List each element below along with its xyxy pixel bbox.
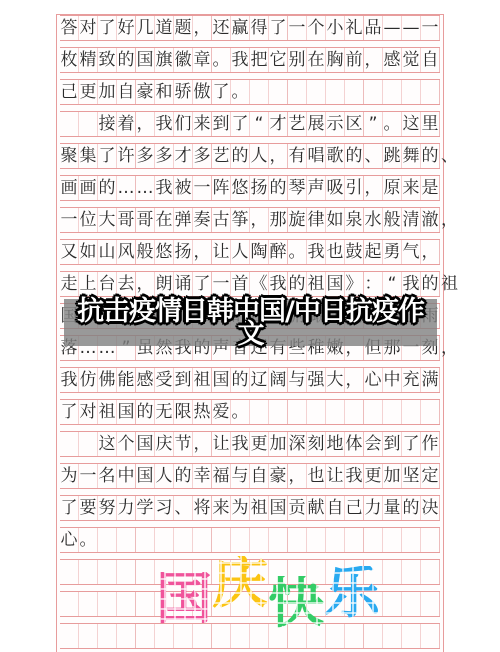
grid-cell: ，: [136, 272, 155, 296]
greeting-char: 快: [268, 576, 324, 632]
grid-cell: [288, 80, 307, 104]
grid-cell: 唱: [307, 144, 326, 168]
grid-cell: [383, 400, 402, 424]
grid-cell: 国: [117, 400, 136, 424]
grid-cell: 徽: [174, 48, 193, 72]
grid-cell: [117, 624, 136, 648]
pixel-art-greeting: 国庆快乐: [156, 556, 380, 612]
grid-cell: ，: [288, 464, 307, 488]
grid-cell: 它: [269, 48, 288, 72]
grid-cell: [212, 528, 231, 552]
grid-cell: [231, 624, 250, 648]
grid-cell: 区: [345, 112, 364, 136]
grid-cell: 我: [307, 240, 326, 264]
grid-cell: 许: [117, 144, 136, 168]
grid-cell: 祖: [440, 272, 459, 296]
grid-cell: [269, 400, 288, 424]
grid-cell: 的: [402, 496, 421, 520]
grid-cell: 和: [155, 80, 174, 104]
grid-row: 一位大哥哥在弹奏古筝，那旋律如泉水般清澈，: [60, 207, 440, 233]
grid-cell: 国: [269, 496, 288, 520]
grid-cell: 、: [174, 496, 193, 520]
grid-cell: [345, 528, 364, 552]
grid-cell: 风: [117, 240, 136, 264]
grid-cell: 阔: [269, 368, 288, 392]
grid-cell: 声: [307, 176, 326, 200]
grid-cell: 、: [364, 144, 383, 168]
grid-row: 我仿佛能感受到祖国的辽阔与强大，心中充满: [60, 367, 440, 393]
grid-cell: 这: [98, 432, 117, 456]
grid-cell: 我: [231, 432, 250, 456]
grid-cell: [383, 592, 402, 616]
grid-cell: 有: [288, 144, 307, 168]
grid-cell: 我: [231, 48, 250, 72]
grid-cell: 画: [79, 176, 98, 200]
grid-cell: 名: [98, 464, 117, 488]
grid-cell: [364, 400, 383, 424]
grid-cell: 扬: [250, 176, 269, 200]
grid-cell: 首: [231, 272, 250, 296]
grid-cell: 能: [117, 368, 136, 392]
grid-cell: ，: [193, 432, 212, 456]
grid-cell: 也: [307, 464, 326, 488]
grid-cell: 庆: [155, 432, 174, 456]
grid-cell: 一: [288, 16, 307, 40]
watermark-title-line2: 文: [238, 323, 264, 346]
grid-cell: 加: [98, 80, 117, 104]
grid-cell: 国: [136, 48, 155, 72]
grid-cell: [117, 528, 136, 552]
grid-cell: [98, 560, 117, 584]
grid-cell: ：: [364, 272, 383, 296]
grid-cell: 枚: [60, 48, 79, 72]
grid-cell: 多: [155, 144, 174, 168]
grid-cell: [421, 400, 440, 424]
grid-cell: [364, 528, 383, 552]
grid-cell: 》: [345, 272, 364, 296]
grid-row: 聚集了许多多才多艺的人，有唱歌的、跳舞的、: [60, 143, 440, 169]
grid-cell: [288, 400, 307, 424]
grid-cell: 原: [383, 176, 402, 200]
grid-cell: [98, 624, 117, 648]
grid-cell: 节: [174, 432, 193, 456]
grid-cell: 献: [307, 496, 326, 520]
grid-cell: [421, 80, 440, 104]
grid-cell: 自: [421, 48, 440, 72]
grid-cell: 了: [60, 400, 79, 424]
grid-cell: [60, 560, 79, 584]
grid-cell: 台: [98, 272, 117, 296]
grid-cell: 将: [193, 496, 212, 520]
grid-cell: 对: [79, 400, 98, 424]
grid-cell: 歌: [326, 144, 345, 168]
grid-cell: 清: [402, 208, 421, 232]
grid-cell: [79, 592, 98, 616]
grid-cell: [136, 560, 155, 584]
grid-cell: 更: [250, 432, 269, 456]
grid-cell: 的: [288, 272, 307, 296]
grid-cell: 体: [345, 432, 364, 456]
grid-cell: 自: [117, 80, 136, 104]
grid-cell: 礼: [345, 16, 364, 40]
grid-cell: 祖: [250, 496, 269, 520]
grid-cell: 大: [98, 208, 117, 232]
grid-cell: 心: [364, 368, 383, 392]
grid-cell: 。: [288, 240, 307, 264]
grid-cell: 来: [193, 112, 212, 136]
grid-cell: [326, 528, 345, 552]
grid-cell: [60, 624, 79, 648]
grid-cell: 个: [117, 432, 136, 456]
grid-cell: 阵: [212, 176, 231, 200]
grid-cell: 小: [326, 16, 345, 40]
grid-cell: 作: [421, 432, 440, 456]
grid-cell: ，: [193, 240, 212, 264]
grid-cell: 引: [345, 176, 364, 200]
grid-cell: 了: [269, 16, 288, 40]
grid-cell: [250, 400, 269, 424]
grid-cell: ，: [364, 48, 383, 72]
grid-cell: 们: [174, 112, 193, 136]
grid-cell: 那: [269, 208, 288, 232]
grid-row: 画画的……我被一阵悠扬的琴声吸引，原来是: [60, 175, 440, 201]
grid-cell: 醉: [269, 240, 288, 264]
grid-cell: 福: [212, 464, 231, 488]
grid-cell: 我: [155, 112, 174, 136]
grid-cell: 澈: [421, 208, 440, 232]
grid-cell: [402, 624, 421, 648]
grid-cell: [421, 624, 440, 648]
grid-cell: 充: [402, 368, 421, 392]
grid-cell: 辽: [250, 368, 269, 392]
grid-cell: 让: [212, 240, 231, 264]
grid-cell: 自: [250, 464, 269, 488]
grid-cell: [136, 592, 155, 616]
grid-cell: 人: [231, 240, 250, 264]
grid-cell: 了: [231, 112, 250, 136]
grid-cell: 刻: [307, 432, 326, 456]
grid-cell: [402, 528, 421, 552]
grid-cell: ，: [440, 208, 459, 232]
grid-cell: 国: [212, 368, 231, 392]
grid-cell: [345, 624, 364, 648]
grid-cell: “: [383, 272, 402, 296]
grid-cell: 被: [174, 176, 193, 200]
grid-cell: 国: [326, 272, 345, 296]
grid-cell: 力: [117, 496, 136, 520]
grid-row: 己更加自豪和骄傲了。: [60, 79, 440, 105]
grid-cell: ，: [440, 336, 459, 360]
grid-row: 走上台去，朗诵了一首《我的祖国》：“我的祖: [60, 271, 440, 297]
essay-photo-page: 答对了好几道题，还赢得了一个小礼品——一枚精致的国旗徽章。我把它别在胸前，感觉自…: [0, 0, 500, 652]
grid-cell: [364, 80, 383, 104]
grid-cell: [117, 592, 136, 616]
grid-cell: 鼓: [345, 240, 364, 264]
grid-cell: 中: [383, 368, 402, 392]
grid-cell: 个: [307, 16, 326, 40]
grid-cell: [136, 528, 155, 552]
grid-cell: [231, 528, 250, 552]
grid-cell: 跳: [383, 144, 402, 168]
grid-cell: 己: [345, 496, 364, 520]
grid-cell: 热: [193, 400, 212, 424]
grid-cell: [383, 560, 402, 584]
grid-cell: [117, 560, 136, 584]
grid-row: 了要努力学习、将来为祖国贡献自己力量的决: [60, 495, 440, 521]
grid-cell: 多: [193, 144, 212, 168]
grid-cell: 、: [440, 144, 459, 168]
grid-cell: [421, 560, 440, 584]
grid-cell: 让: [212, 432, 231, 456]
grid-cell: 诵: [174, 272, 193, 296]
grid-cell: 接: [98, 112, 117, 136]
grid-cell: 了: [402, 432, 421, 456]
grid-cell: 人: [250, 144, 269, 168]
grid-cell: 觉: [402, 48, 421, 72]
grid-cell: 的: [269, 176, 288, 200]
grid-cell: 走: [60, 272, 79, 296]
grid-cell: 己: [60, 80, 79, 104]
grid-cell: 吸: [326, 176, 345, 200]
grid-cell: 一: [212, 272, 231, 296]
grid-cell: [326, 400, 345, 424]
grid-cell: 多: [136, 144, 155, 168]
grid-cell: 琴: [288, 176, 307, 200]
grid-cell: 这: [402, 112, 421, 136]
grid-cell: [79, 432, 98, 456]
grid-cell: 了: [212, 80, 231, 104]
grid-cell: 的: [117, 48, 136, 72]
grid-cell: 着: [117, 112, 136, 136]
grid-cell: 深: [288, 432, 307, 456]
grid-cell: 集: [79, 144, 98, 168]
grid-cell: 在: [307, 48, 326, 72]
grid-cell: 悠: [231, 176, 250, 200]
grid-cell: 对: [79, 16, 98, 40]
grid-cell: 的: [421, 272, 440, 296]
grid-cell: [364, 624, 383, 648]
grid-cell: 一: [60, 208, 79, 232]
grid-cell: ”: [364, 112, 383, 136]
grid-row: 心。: [60, 527, 440, 553]
grid-cell: 我: [60, 368, 79, 392]
grid-cell: ，: [269, 144, 288, 168]
grid-cell: 道: [155, 16, 174, 40]
grid-cell: [193, 528, 212, 552]
grid-cell: 前: [345, 48, 364, 72]
grid-cell: 好: [117, 16, 136, 40]
grid-cell: [250, 624, 269, 648]
grid-cell: 强: [307, 368, 326, 392]
grid-cell: 一: [79, 464, 98, 488]
grid-cell: 了: [98, 16, 117, 40]
grid-cell: ，: [136, 112, 155, 136]
grid-cell: 旋: [288, 208, 307, 232]
grid-cell: 。: [231, 400, 250, 424]
grid-cell: 哥: [117, 208, 136, 232]
grid-cell: —: [402, 16, 421, 40]
grid-cell: [421, 592, 440, 616]
grid-cell: 的: [231, 144, 250, 168]
grid-cell: 决: [421, 496, 440, 520]
grid-cell: 才: [269, 112, 288, 136]
grid-cell: 艺: [212, 144, 231, 168]
grid-cell: 。: [212, 48, 231, 72]
grid-cell: 为: [60, 464, 79, 488]
grid-cell: …: [136, 176, 155, 200]
grid-cell: 了: [98, 144, 117, 168]
grid-cell: 陶: [250, 240, 269, 264]
grid-cell: 力: [364, 496, 383, 520]
grid-cell: [383, 624, 402, 648]
grid-cell: 上: [79, 272, 98, 296]
grid-cell: 又: [60, 240, 79, 264]
grid-cell: 如: [79, 240, 98, 264]
grid-cell: [174, 528, 193, 552]
grid-cell: 展: [307, 112, 326, 136]
grid-cell: 去: [117, 272, 136, 296]
grid-cell: 里: [421, 112, 440, 136]
grid-cell: 到: [212, 112, 231, 136]
grid-cell: 律: [307, 208, 326, 232]
grid-cell: 自: [326, 496, 345, 520]
grid-cell: [136, 624, 155, 648]
grid-cell: 悠: [155, 240, 174, 264]
grid-cell: 的: [98, 176, 117, 200]
grid-cell: [307, 80, 326, 104]
grid-cell: 几: [136, 16, 155, 40]
grid-cell: 骄: [174, 80, 193, 104]
grid-cell: 为: [231, 496, 250, 520]
grid-cell: 勇: [383, 240, 402, 264]
grid-cell: 加: [269, 432, 288, 456]
grid-cell: 傲: [193, 80, 212, 104]
grid-cell: ，: [345, 368, 364, 392]
grid-cell: [383, 80, 402, 104]
grid-cell: 会: [364, 432, 383, 456]
grid-cell: 得: [250, 16, 269, 40]
grid-cell: 量: [383, 496, 402, 520]
grid-cell: 还: [212, 16, 231, 40]
grid-cell: 来: [402, 176, 421, 200]
greeting-char: 乐: [324, 566, 380, 622]
grid-cell: 画: [60, 176, 79, 200]
grid-cell: 一: [421, 16, 440, 40]
grid-cell: 位: [79, 208, 98, 232]
grid-cell: 国: [136, 432, 155, 456]
grid-cell: [345, 80, 364, 104]
grid-cell: 。: [383, 112, 402, 136]
grid-cell: 聚: [60, 144, 79, 168]
grid-cell: 才: [174, 144, 193, 168]
grid-cell: [212, 624, 231, 648]
grid-cell: [155, 528, 174, 552]
grid-cell: 精: [79, 48, 98, 72]
grid-cell: 示: [326, 112, 345, 136]
grid-cell: 豪: [136, 80, 155, 104]
grid-cell: 。: [231, 80, 250, 104]
grid-cell: [402, 560, 421, 584]
grid-cell: 是: [421, 176, 440, 200]
grid-cell: 来: [212, 496, 231, 520]
grid-cell: 加: [383, 464, 402, 488]
grid-cell: [269, 80, 288, 104]
grid-cell: 的: [421, 144, 440, 168]
grid-cell: 泉: [345, 208, 364, 232]
grid-cell: 我: [269, 272, 288, 296]
grid-cell: 旗: [155, 48, 174, 72]
grid-cell: 更: [79, 80, 98, 104]
grid-cell: 仿: [79, 368, 98, 392]
grid-cell: 爱: [212, 400, 231, 424]
greeting-char: 国: [156, 572, 212, 628]
watermark-title-banner: 抗击疫情日韩中国/中日抗疫作 文: [64, 299, 437, 346]
grid-cell: 弹: [174, 208, 193, 232]
grid-cell: 气: [402, 240, 421, 264]
grid-cell: 满: [421, 368, 440, 392]
grid-cell: [307, 400, 326, 424]
grid-cell: 受: [155, 368, 174, 392]
grid-cell: 扬: [174, 240, 193, 264]
grid-cell: 章: [193, 48, 212, 72]
grid-cell: 我: [155, 176, 174, 200]
grid-row: [60, 623, 440, 649]
grid-row: 枚精致的国旗徽章。我把它别在胸前，感觉自: [60, 47, 440, 73]
grid-cell: 胸: [326, 48, 345, 72]
grid-cell: 山: [98, 240, 117, 264]
grid-cell: 般: [136, 240, 155, 264]
grid-cell: 让: [326, 464, 345, 488]
grid-cell: ，: [193, 16, 212, 40]
grid-cell: 般: [383, 208, 402, 232]
grid-cell: ，: [421, 240, 440, 264]
grid-cell: 筝: [231, 208, 250, 232]
grid-cell: 更: [364, 464, 383, 488]
grid-row: 又如山风般悠扬，让人陶醉。我也鼓起勇气，: [60, 239, 440, 265]
grid-cell: 别: [288, 48, 307, 72]
grid-cell: ，: [250, 208, 269, 232]
grid-row: 答对了好几道题，还赢得了一个小礼品——一: [60, 15, 440, 41]
grid-cell: 一: [193, 176, 212, 200]
grid-cell: 国: [136, 464, 155, 488]
grid-cell: 水: [364, 208, 383, 232]
grid-cell: 坚: [402, 464, 421, 488]
grid-cell: [250, 528, 269, 552]
grid-cell: 如: [326, 208, 345, 232]
grid-cell: 定: [421, 464, 440, 488]
grid-cell: 人: [155, 464, 174, 488]
grid-cell: [402, 80, 421, 104]
grid-cell: [79, 560, 98, 584]
grid-cell: 古: [212, 208, 231, 232]
grid-cell: 品: [364, 16, 383, 40]
grid-cell: [250, 80, 269, 104]
grid-cell: 艺: [288, 112, 307, 136]
grid-cell: 与: [288, 368, 307, 392]
grid-cell: 舞: [402, 144, 421, 168]
grid-cell: 的: [174, 464, 193, 488]
grid-cell: 的: [136, 400, 155, 424]
grid-cell: [60, 112, 79, 136]
grid-cell: 我: [345, 464, 364, 488]
grid-cell: [269, 528, 288, 552]
grid-cell: …: [117, 176, 136, 200]
grid-cell: [98, 528, 117, 552]
grid-row: 了对祖国的无限热爱。: [60, 399, 440, 425]
grid-cell: [326, 80, 345, 104]
grid-cell: 把: [250, 48, 269, 72]
grid-cell: 哥: [136, 208, 155, 232]
